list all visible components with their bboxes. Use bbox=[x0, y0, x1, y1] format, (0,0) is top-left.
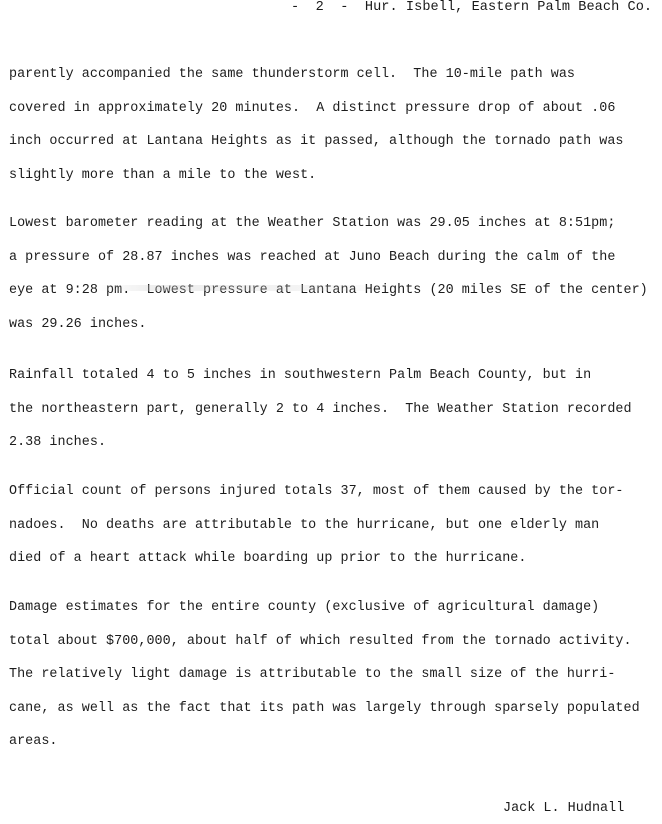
text-line: covered in approximately 20 minutes. A d… bbox=[9, 92, 624, 126]
text-line: parently accompanied the same thundersto… bbox=[9, 58, 624, 92]
text-line: Lowest barometer reading at the Weather … bbox=[9, 207, 648, 241]
text-line: areas. bbox=[9, 725, 640, 759]
text-line: Rainfall totaled 4 to 5 inches in southw… bbox=[9, 359, 632, 393]
text-line: slightly more than a mile to the west. bbox=[9, 159, 624, 193]
text-line: The relatively light damage is attributa… bbox=[9, 658, 640, 692]
text-line: the northeastern part, generally 2 to 4 … bbox=[9, 393, 632, 427]
paragraph-damage: Damage estimates for the entire county (… bbox=[9, 591, 640, 759]
text-line: inch occurred at Lantana Heights as it p… bbox=[9, 125, 624, 159]
text-line: total about $700,000, about half of whic… bbox=[9, 625, 640, 659]
text-line: nadoes. No deaths are attributable to th… bbox=[9, 509, 624, 543]
header-title: Hur. Isbell, Eastern Palm Beach Co. bbox=[365, 0, 652, 15]
page-header: - 2 - Hur. Isbell, Eastern Palm Beach Co… bbox=[291, 0, 652, 16]
paragraph-tornado-path: parently accompanied the same thundersto… bbox=[9, 58, 624, 192]
paragraph-barometer: Lowest barometer reading at the Weather … bbox=[9, 207, 648, 341]
text-line: eye at 9:28 pm. Lowest pressure at Lanta… bbox=[9, 274, 648, 308]
text-line: was 29.26 inches. bbox=[9, 308, 648, 342]
text-line: Official count of persons injured totals… bbox=[9, 475, 624, 509]
text-line: Damage estimates for the entire county (… bbox=[9, 591, 640, 625]
page-number-marker: - 2 - bbox=[291, 0, 348, 15]
paragraph-rainfall: Rainfall totaled 4 to 5 inches in southw… bbox=[9, 359, 632, 460]
paragraph-injuries: Official count of persons injured totals… bbox=[9, 475, 624, 576]
typewritten-page: - 2 - Hur. Isbell, Eastern Palm Beach Co… bbox=[0, 0, 662, 824]
text-line: died of a heart attack while boarding up… bbox=[9, 542, 624, 576]
text-line: cane, as well as the fact that its path … bbox=[9, 692, 640, 726]
text-line: 2.38 inches. bbox=[9, 426, 632, 460]
author-signature: Jack L. Hudnall bbox=[503, 800, 624, 818]
text-line: a pressure of 28.87 inches was reached a… bbox=[9, 241, 648, 275]
